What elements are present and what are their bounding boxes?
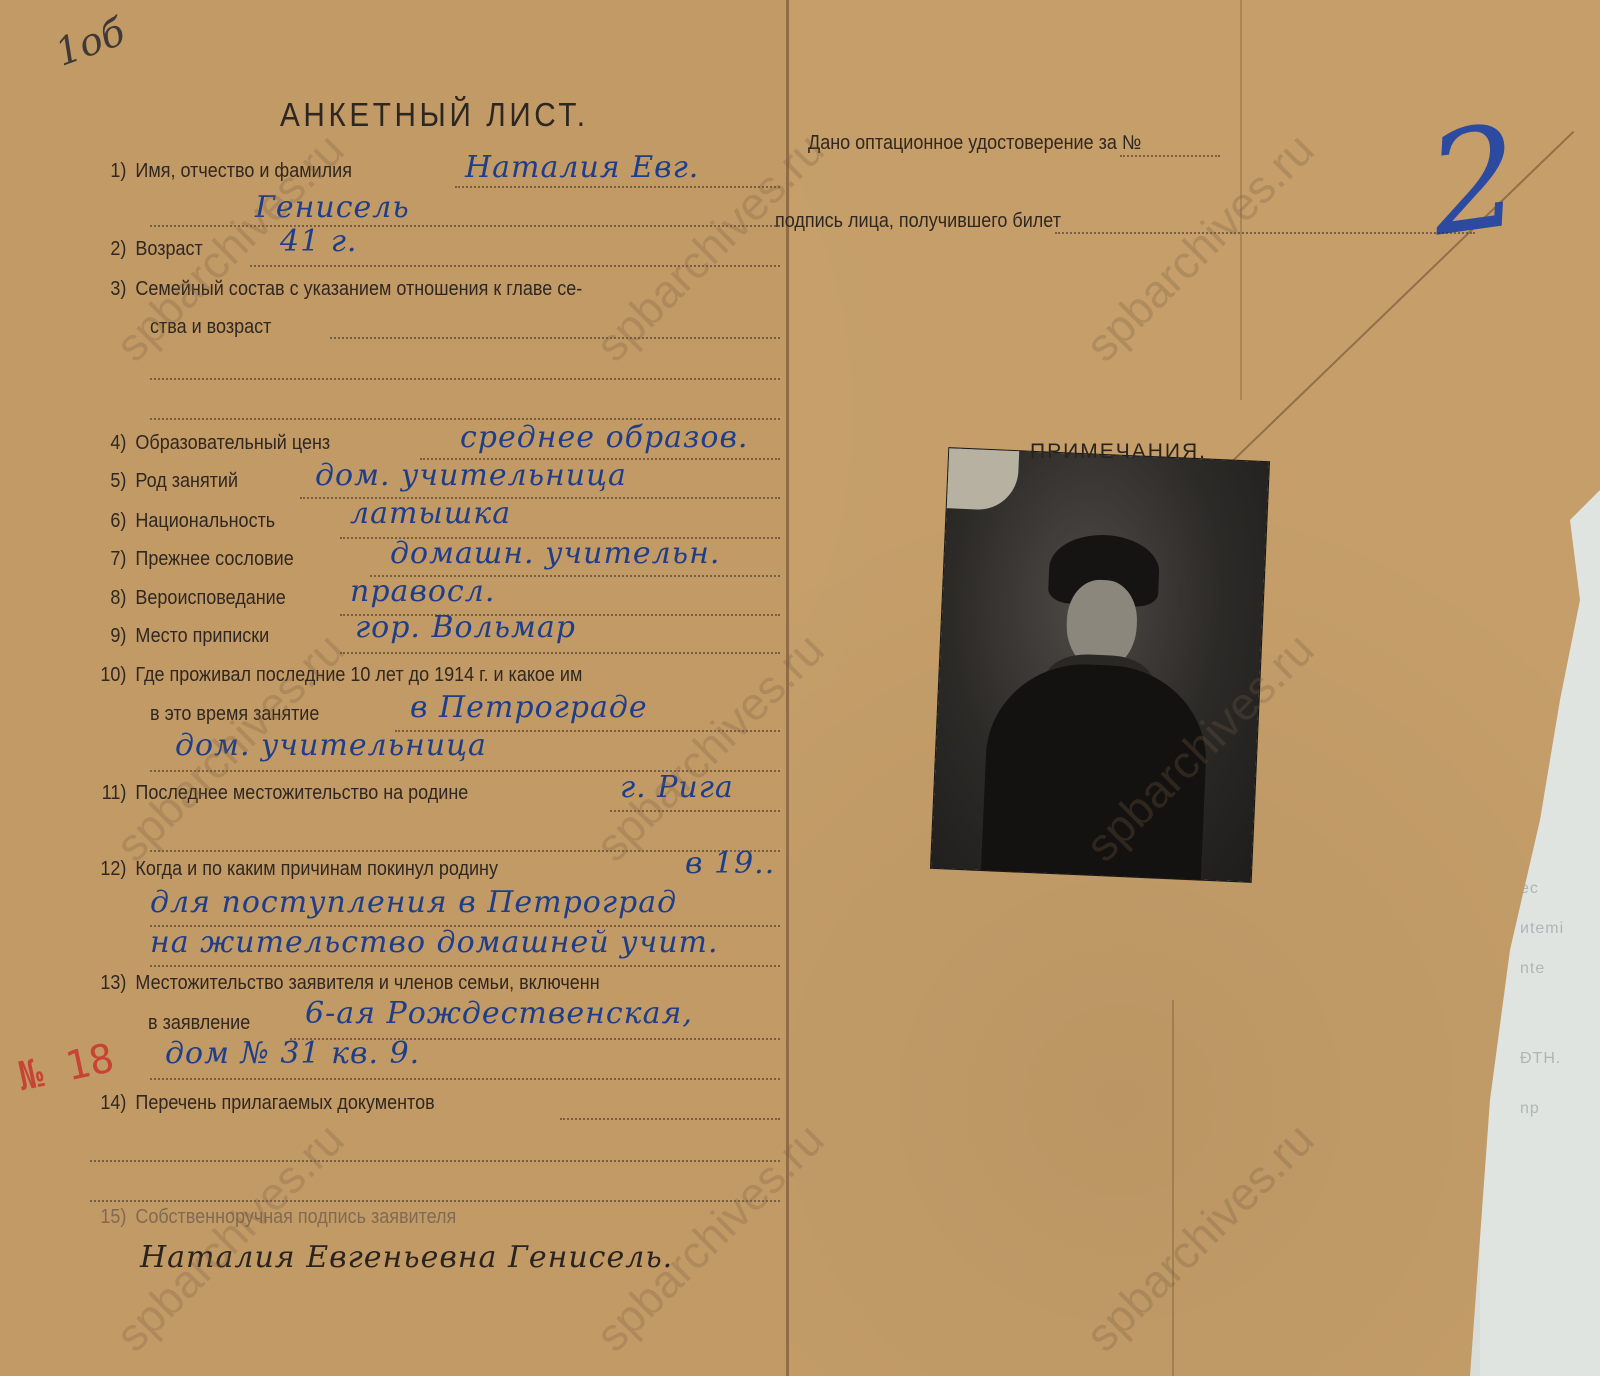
field-6-value: латышка [350,496,511,531]
portrait-photo [931,448,1269,882]
field-3-label-cont: ства и возраст [150,316,271,339]
field-13-value: 6-ая Рождественская, [305,996,693,1031]
field-7-label: 7)Прежнее сословие [85,548,294,571]
certificate-label: Дано оптационное удостоверение за № [808,132,1141,155]
field-10-label-cont: в это время занятие [150,703,319,726]
field-13-value-cont: дом № 31 кв. 9. [165,1036,420,1071]
fold-line [1240,0,1242,400]
field-7-value: домашн. учительн. [390,536,720,571]
field-1-label: 1)Имя, отчество и фамилия [85,160,352,183]
field-3-label: 3)Семейный состав с указанием отношения … [85,278,582,301]
certificate-number: 2 [1419,95,1530,269]
field-9-value: гор. Вольмар [355,610,576,645]
field-13-label: 13)Местожительство заявителя и членов се… [85,972,600,995]
field-11-value: г. Рига [620,770,734,805]
field-15-label: 15)Собственноручная подпись заявителя [85,1206,456,1229]
field-11-label: 11)Последнее местожительство на родине [85,782,468,805]
field-1-value-cont: Генисель [255,190,410,225]
field-1-value: Наталия Евг. [465,150,699,185]
field-2-value: 41 г. [280,224,357,259]
field-9-label: 9)Место приписки [85,625,269,648]
watermark: spbarchives.ru [1075,122,1325,372]
field-5-label: 5)Род занятий [85,470,238,493]
field-2-label: 2)Возраст [85,238,203,261]
signature-label: подпись лица, получившего билет [775,210,1061,233]
page-title: АНКЕТНЫЙ ЛИСТ. [280,96,589,134]
field-6-label: 6)Национальность [85,510,275,533]
field-12-value-cont: для поступления в Петроград [150,885,677,920]
field-12-label: 12)Когда и по каким причинам покинул род… [85,858,498,881]
vertical-crease [1172,1000,1174,1376]
field-5-value: дом. учительница [315,458,627,493]
document-paper: 1об АНКЕТНЫЙ ЛИСТ. 1)Имя, отчество и фам… [0,0,1600,1376]
field-12-value: в 19.. [685,846,775,881]
watermark: spbarchives.ru [1075,1112,1325,1362]
field-12-value-cont2: на жительство домашней учит. [150,925,719,960]
field-4-label: 4)Образовательный ценз [85,432,330,455]
field-13-label-cont: в заявление [148,1012,250,1035]
field-8-label: 8)Вероисповедание [85,587,286,610]
field-8-value: правосл. [350,574,495,609]
field-10-value: в Петрограде [410,690,648,725]
applicant-signature: Наталия Евгеньевна Генисель. [140,1240,673,1275]
notes-title: ПРИМЕЧАНИЯ. [1030,440,1207,464]
field-4-value: среднее образов. [460,420,748,455]
binding-fold [786,0,789,1376]
field-10-value-cont: дом. учительница [175,728,487,763]
field-10-label: 10)Где проживал последние 10 лет до 1914… [85,664,582,687]
